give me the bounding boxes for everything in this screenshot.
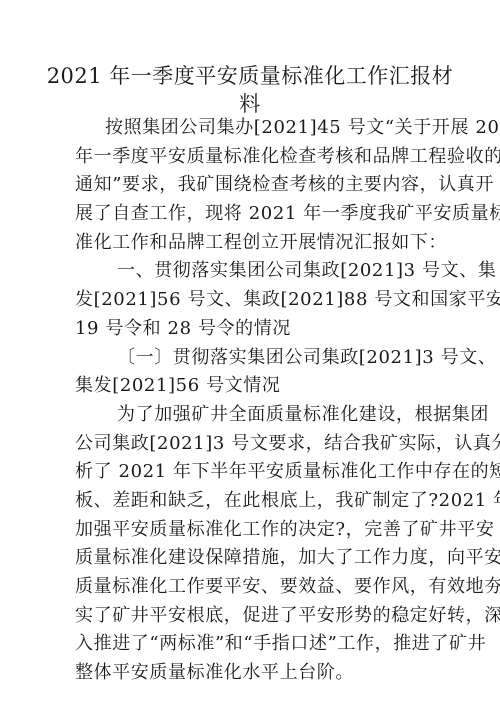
section-heading-line: 发[2021]56 号文、集政[2021]88 号文和国家平安总局: [75, 286, 435, 315]
paragraph-intro-line: 年一季度平安质量标准化检查考核和品牌工程验收的: [75, 143, 435, 172]
subsection-heading-line: 集发[2021]56 号文情况: [75, 372, 435, 401]
paragraph-body-line: 质量标准化工作要平安、要效益、要作风，有效地夯: [75, 573, 435, 602]
paragraph-body-line: 板、差距和缺乏，在此根底上，我矿制定了?2021 年: [75, 487, 435, 516]
paragraph-body-line: 析了 2021 年下半年平安质量标准化工作中存在的短: [75, 458, 435, 487]
section-heading-line: 19 号令和 28 号令的情况: [75, 315, 435, 344]
subsection-heading-line: 〔一〕贯彻落实集团公司集政[2021]3 号文、: [75, 344, 435, 373]
paragraph-body-line: 整体平安质量标准化水平上台阶。: [75, 659, 435, 688]
document-page: 2021 年一季度平安质量标准化工作汇报材 料 按照集团公司集办[2021]45…: [0, 0, 500, 708]
paragraph-body-line: 质量标准化建设保障措施，加大了工作力度，向平安: [75, 544, 435, 573]
paragraph-body-line: 实了矿井平安根底，促进了平安形势的稳定好转，深: [75, 602, 435, 631]
document-body: 按照集团公司集办[2021]45 号文“关于开展 2021 年一季度平安质量标准…: [75, 114, 435, 688]
paragraph-intro-line: 准化工作和品牌工程创立开展情况汇报如下：: [75, 229, 435, 258]
paragraph-intro-line: 按照集团公司集办[2021]45 号文“关于开展 2021: [75, 114, 435, 143]
paragraph-intro-line: 通知”要求，我矿围绕检查考核的主要内容，认真开: [75, 171, 435, 200]
paragraph-body-line: 为了加强矿井全面质量标准化建设，根据集团: [75, 401, 435, 430]
paragraph-intro-line: 展了自查工作，现将 2021 年一季度我矿平安质量标: [75, 200, 435, 229]
paragraph-body-line: 加强平安质量标准化工作的决定?，完善了矿井平安: [75, 516, 435, 545]
document-title-line-1: 2021 年一季度平安质量标准化工作汇报材: [0, 62, 500, 90]
section-heading-line: 一、贯彻落实集团公司集政[2021]3 号文、集: [75, 257, 435, 286]
paragraph-body-line: 入推进了“两标准”和“手指口述”工作，推进了矿井: [75, 630, 435, 659]
paragraph-body-line: 公司集政[2021]3 号文要求，结合我矿实际，认真分: [75, 430, 435, 459]
